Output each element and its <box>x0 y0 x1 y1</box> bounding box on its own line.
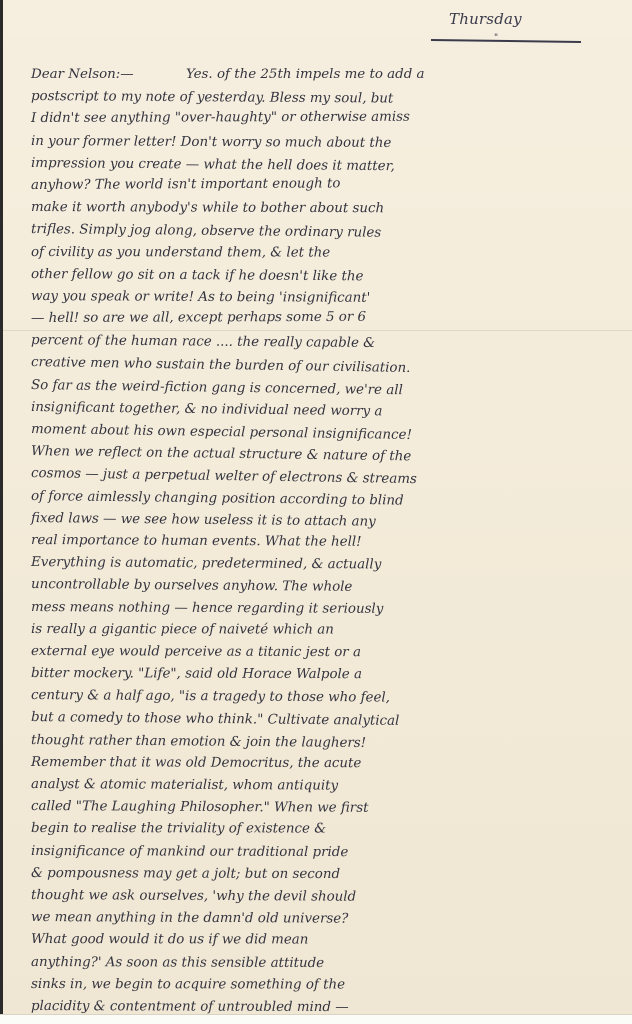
letter-line: sinks in, we begin to acquire something … <box>31 974 631 997</box>
letter-line: — hell! so are we all, except perhaps so… <box>31 306 631 330</box>
letter-body: Dear Nelson:— Yes. of the 25th impels me… <box>31 64 631 1018</box>
letter-line: make it worth anybody's while to bother … <box>31 197 631 221</box>
scan-bottom-margin <box>0 1014 632 1024</box>
letter-line: I didn't see anything "over-haughty" or … <box>31 106 631 130</box>
date-ditto-mark: " <box>494 33 498 43</box>
letter-line: begin to realise the triviality of exist… <box>31 818 631 841</box>
letter-line: Remember that it was old Democritus, the… <box>31 752 631 776</box>
letter-page: Thursday " Dear Nelson:— Yes. of the 25t… <box>3 0 632 1014</box>
letter-line: Dear Nelson:— Yes. of the 25th impels me… <box>31 64 631 86</box>
letter-line: is really a gigantic piece of naiveté wh… <box>31 619 631 642</box>
letter-line: anyhow? The world isn't important enough… <box>31 172 631 197</box>
date-underline <box>431 39 581 43</box>
letter-line: of civility as you understand them, & le… <box>31 242 631 265</box>
letter-date: Thursday <box>449 10 522 28</box>
salutation: Dear Nelson:— <box>31 64 134 86</box>
letter-line: mess means nothing — hence regarding it … <box>31 597 631 622</box>
letter-line: thought we ask ourselves, 'why the devil… <box>31 885 631 910</box>
letter-line: What good would it do us if we did mean <box>31 929 631 952</box>
letter-line: real importance to human events. What th… <box>31 530 631 555</box>
letter-line: anything?' As soon as this sensible atti… <box>31 952 631 976</box>
letter-line: insignificance of mankind our traditiona… <box>31 841 631 865</box>
letter-line: in your former letter! Don't worry so mu… <box>31 131 631 156</box>
letter-line: & pompousness may get a jolt; but on sec… <box>31 863 631 887</box>
letter-line: external eye would perceive as a titanic… <box>31 641 631 665</box>
opening-line: Yes. of the 25th impels me to add a <box>186 64 425 86</box>
letter-line: bitter mockery. "Life", said old Horace … <box>31 663 631 687</box>
